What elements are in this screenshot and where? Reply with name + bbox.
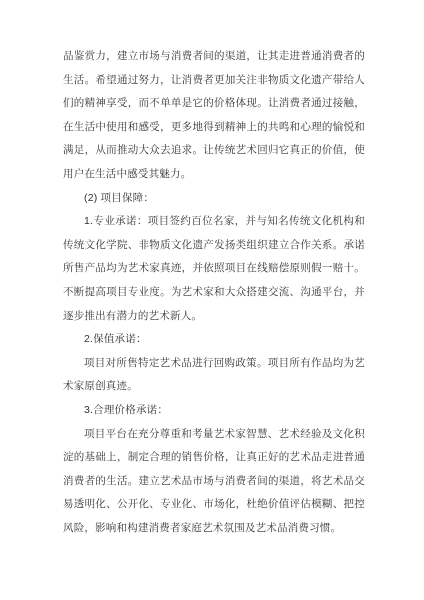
item-3-heading-reasonable-price: 3.合理价格承诺： xyxy=(63,399,365,423)
item-2-heading-value-preservation: 2.保值承诺： xyxy=(63,328,365,352)
body-paragraph-continued: 品鉴赏力，建立市场与消费者间的渠道，让其走进普通消费者的生活。希望通过努力，让消… xyxy=(63,45,365,187)
document-page: 品鉴赏力，建立市场与消费者间的渠道，让其走进普通消费者的生活。希望通过努力，让消… xyxy=(0,0,424,600)
item-3-body-pricing-detail: 项目平台在充分尊重和考量艺术家智慧、艺术经验及文化积淀的基础上，制定合理的销售价… xyxy=(63,423,365,541)
item-1-professional-commitment: 1.专业承诺：项目签约百位名家，并与知名传统文化机构和传统文化学院、非物质文化遗… xyxy=(63,210,365,328)
item-2-body-buyback-policy: 项目对所售特定艺术品进行回购政策。项目所有作品均为艺术家原创真迹。 xyxy=(63,352,365,399)
section-heading-project-guarantee: (2) 项目保障： xyxy=(63,187,365,211)
